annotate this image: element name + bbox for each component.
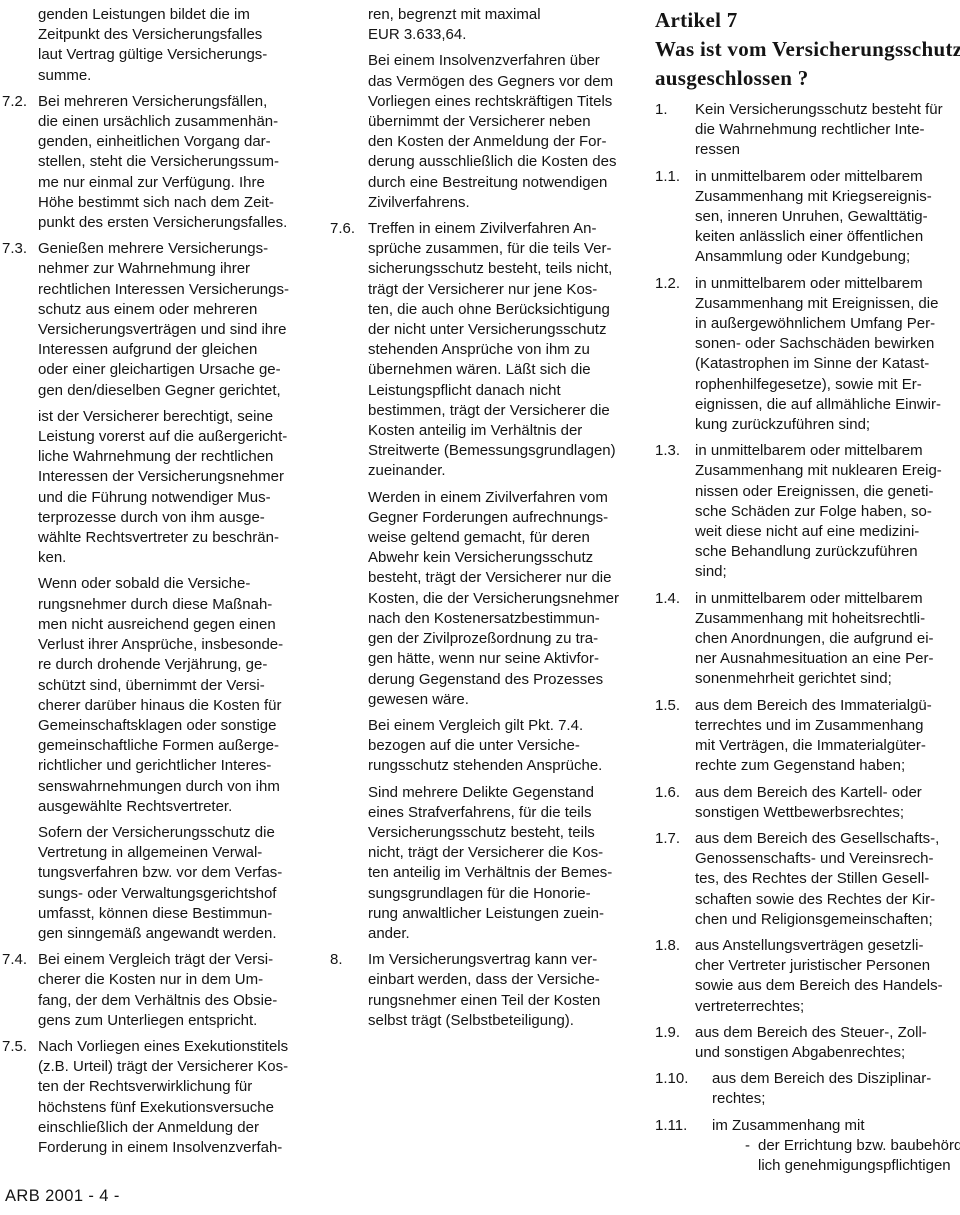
clause-paragraph: Werden in einem Zivilverfahren vom Gegne…: [368, 488, 644, 710]
clause-paragraph: aus Anstellungsverträgen gesetzli- cher …: [695, 936, 958, 1017]
clause-7-3: 7.3. Genießen mehrere Versicherungs- neh…: [2, 239, 328, 944]
clause-8: 8. Im Versicherungsvertrag kann ver- ein…: [330, 950, 644, 1031]
exclusion-1-8: 1.8. aus Anstellungsverträgen gesetzli- …: [655, 936, 958, 1017]
column-left: genden Leistungen bildet die im Zeitpunk…: [2, 0, 328, 1158]
clause-number: [330, 5, 368, 213]
dash-bullet: -: [745, 1136, 758, 1176]
clause-7-5-continuation: ren, begrenzt mit maximal EUR 3.633,64. …: [330, 5, 644, 213]
clause-number: 7.3.: [2, 239, 38, 944]
clause-number: 1.4.: [655, 589, 695, 690]
clause-paragraph: Nach Vorliegen eines Exekutionstitels (z…: [38, 1037, 328, 1158]
clause-7-2: 7.2. Bei mehreren Versicherungsfällen, d…: [2, 92, 328, 233]
clause-number: 1.8.: [655, 936, 695, 1017]
clause-paragraph: Bei einem Vergleich gilt Pkt. 7.4. bezog…: [368, 716, 644, 777]
page-footer: ARB 2001 - 4 -: [5, 1186, 120, 1206]
exclusion-1-11-subitem: - der Errichtung bzw. baubehörd- lich ge…: [745, 1136, 958, 1176]
clause-paragraph: Bei mehreren Versicherungsfällen, die ei…: [38, 92, 328, 233]
clause-number: 7.5.: [2, 1037, 38, 1158]
clause-number: 1.7.: [655, 829, 695, 930]
clause-number: 1.6.: [655, 783, 695, 823]
exclusion-1-6: 1.6. aus dem Bereich des Kartell- oder s…: [655, 783, 958, 823]
clause-number: 7.2.: [2, 92, 38, 233]
exclusion-1-10: 1.10. aus dem Bereich des Disziplinar- r…: [655, 1069, 958, 1109]
clause-paragraph: Bei einem Vergleich trägt der Versi- che…: [38, 950, 328, 1031]
exclusion-1-11: 1.11. im Zusammenhang mit - der Errichtu…: [655, 1116, 958, 1177]
clause-number: 1.11.: [655, 1116, 712, 1177]
clause-number: 1.10.: [655, 1069, 712, 1109]
exclusion-1-1: 1.1. in unmittelbarem oder mittelbarem Z…: [655, 167, 958, 268]
clause-number: 7.4.: [2, 950, 38, 1031]
clause-paragraph: aus dem Bereich des Kartell- oder sonsti…: [695, 783, 958, 823]
document-page: genden Leistungen bildet die im Zeitpunk…: [0, 0, 960, 1215]
clause-paragraph: aus dem Bereich des Gesellschafts-, Geno…: [695, 829, 958, 930]
exclusion-1-3: 1.3. in unmittelbarem oder mittelbarem Z…: [655, 441, 958, 582]
clause-paragraph: in unmittelbarem oder mittelbarem Zusamm…: [695, 589, 958, 690]
clause-paragraph: Bei einem Insolvenzverfahren über das Ve…: [368, 51, 644, 213]
clause-number: 8.: [330, 950, 368, 1031]
clause-number: 1.2.: [655, 274, 695, 436]
clause-number: 1.9.: [655, 1023, 695, 1063]
clause-paragraph: aus dem Bereich des Immaterialgü- terrec…: [695, 696, 958, 777]
clause-paragraph: ren, begrenzt mit maximal EUR 3.633,64.: [368, 5, 644, 45]
clause-paragraph: Im Versicherungsvertrag kann ver- einbar…: [368, 950, 644, 1031]
clause-number: 1.: [655, 100, 695, 161]
clause-paragraph: Treffen in einem Zivilverfahren An- sprü…: [368, 219, 644, 482]
clause-number: [2, 5, 38, 86]
clause-paragraph: in unmittelbarem oder mittelbarem Zusamm…: [695, 167, 958, 268]
clause-paragraph: Sind mehrere Delikte Gegenstand eines St…: [368, 783, 644, 945]
exclusion-1-9: 1.9. aus dem Bereich des Steuer-, Zoll- …: [655, 1023, 958, 1063]
exclusion-1: 1. Kein Versicherungsschutz besteht für …: [655, 100, 958, 161]
clause-7-1-continuation: genden Leistungen bildet die im Zeitpunk…: [2, 5, 328, 86]
clause-number: 1.3.: [655, 441, 695, 582]
clause-number: 1.5.: [655, 696, 695, 777]
article-7-heading: Artikel 7 Was ist vom Versicherungsschut…: [655, 6, 958, 93]
exclusion-1-4: 1.4. in unmittelbarem oder mittelbarem Z…: [655, 589, 958, 690]
clause-paragraph: Sofern der Versicherungsschutz die Vertr…: [38, 823, 328, 944]
clause-number: 1.1.: [655, 167, 695, 268]
clause-paragraph: Genießen mehrere Versicherungs- nehmer z…: [38, 239, 328, 401]
clause-paragraph: in unmittelbarem oder mittelbarem Zusamm…: [695, 441, 958, 582]
exclusion-1-5: 1.5. aus dem Bereich des Immaterialgü- t…: [655, 696, 958, 777]
exclusion-1-2: 1.2. in unmittelbarem oder mittelbarem Z…: [655, 274, 958, 436]
clause-paragraph: der Errichtung bzw. baubehörd- lich gene…: [758, 1136, 960, 1176]
column-right: Artikel 7 Was ist vom Versicherungsschut…: [655, 0, 958, 1176]
clause-paragraph: Wenn oder sobald die Versiche- rungsnehm…: [38, 574, 328, 816]
clause-paragraph: Kein Versicherungsschutz besteht für die…: [695, 100, 958, 161]
column-middle: ren, begrenzt mit maximal EUR 3.633,64. …: [330, 0, 644, 1031]
exclusion-1-7: 1.7. aus dem Bereich des Gesellschafts-,…: [655, 829, 958, 930]
clause-number: 7.6.: [330, 219, 368, 944]
clause-paragraph: genden Leistungen bildet die im Zeitpunk…: [38, 5, 328, 86]
clause-paragraph: aus dem Bereich des Steuer-, Zoll- und s…: [695, 1023, 958, 1063]
clause-paragraph: im Zusammenhang mit: [712, 1116, 958, 1136]
clause-7-6: 7.6. Treffen in einem Zivilverfahren An-…: [330, 219, 644, 944]
clause-paragraph: aus dem Bereich des Disziplinar- rechtes…: [712, 1069, 958, 1109]
clause-7-4: 7.4. Bei einem Vergleich trägt der Versi…: [2, 950, 328, 1031]
clause-7-5: 7.5. Nach Vorliegen eines Exekutionstite…: [2, 1037, 328, 1158]
clause-paragraph: in unmittelbarem oder mittelbarem Zusamm…: [695, 274, 958, 436]
clause-paragraph: ist der Versicherer berechtigt, seine Le…: [38, 407, 328, 569]
